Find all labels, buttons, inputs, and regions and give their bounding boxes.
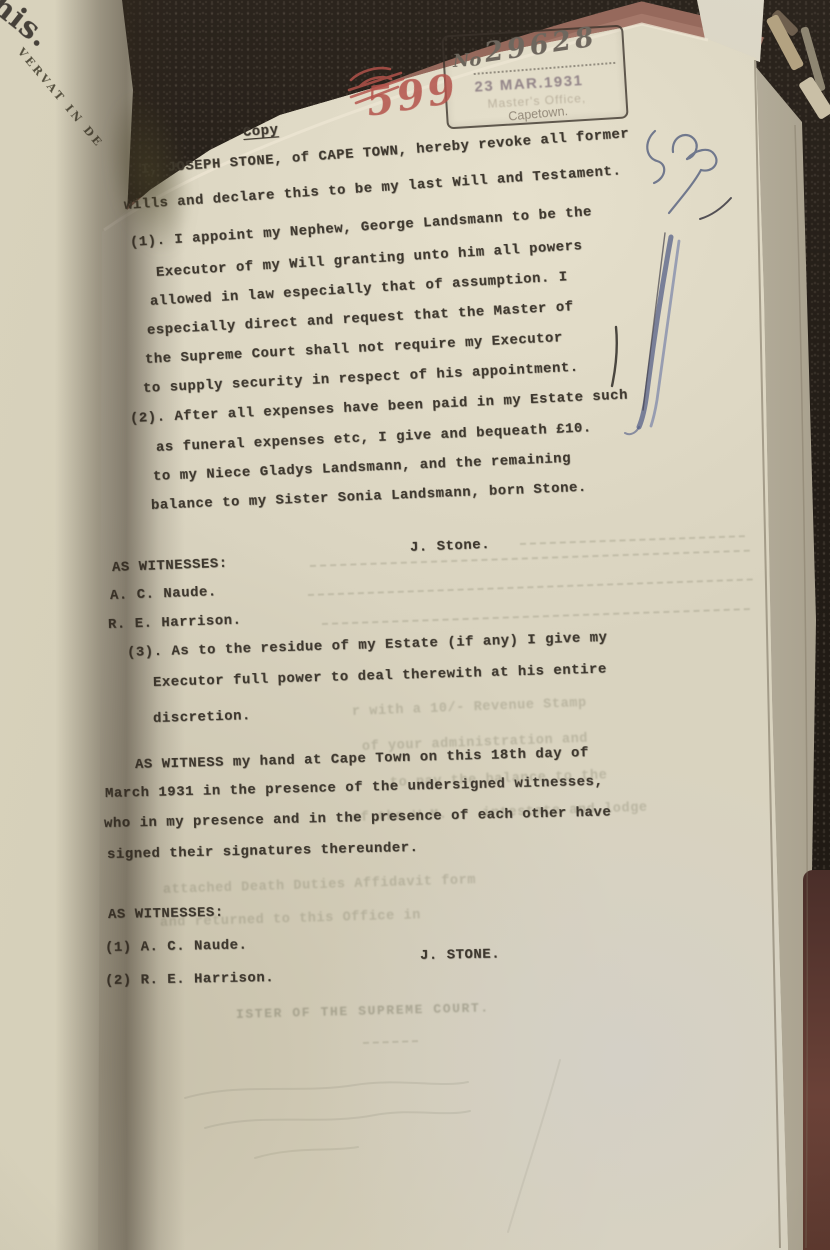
bleedthrough-line: of your administration and — [362, 733, 589, 755]
margin-pen-tick — [612, 327, 617, 386]
bleedthrough-dotted-rule — [363, 1040, 418, 1044]
dark-pen-hook — [700, 198, 731, 219]
blue-initials-scribble — [647, 131, 716, 213]
printed-heading-fragment: his. — [0, 0, 55, 53]
bleedthrough-dotted-rule — [310, 550, 750, 567]
bleedthrough-line: to pay the balance to the — [390, 769, 608, 790]
document-title: Copy — [242, 123, 279, 140]
ghost-handwriting — [185, 1060, 560, 1232]
typed-line: (3). As to the residue of my Estate (if … — [127, 631, 608, 661]
bleedthrough-dotted-rule — [520, 535, 745, 545]
bleedthrough-line: r with a 10/- Revenue Stamp — [352, 697, 587, 720]
typed-line: to my Niece Gladys Landsmann, and the re… — [153, 452, 572, 485]
typed-line: especially direct and request that the M… — [147, 300, 574, 339]
bleedthrough-line: of the W.M. intestate and lodge — [352, 802, 648, 826]
typed-line: I, JOSEPH STONE, of CAPE TOWN, hereby re… — [140, 127, 629, 178]
blue-pen-stroke — [625, 233, 679, 434]
bleedthrough-dotted-rule — [308, 578, 753, 596]
page-fold-line — [755, 60, 780, 1248]
typed-line: Executor of my Will granting unto him al… — [156, 239, 583, 280]
typed-line: allowed in law especially that of assump… — [150, 270, 569, 309]
typed-line: the Supreme Court shall not require my E… — [145, 331, 564, 368]
typed-line: as funeral expenses etc, I give and bequ… — [156, 421, 592, 455]
bleedthrough-dotted-rule — [322, 608, 750, 625]
typed-line: to supply security in respect of his app… — [143, 361, 579, 397]
binding-fragment — [798, 76, 830, 120]
archival-photo-of-will-page: his. VERVAT IN DE r with a 10/- Revenue … — [0, 0, 830, 1250]
typed-line: (2). After all expenses have been paid i… — [130, 389, 629, 427]
signature-j-stone: J. STONE. — [420, 947, 500, 963]
book-cover-edge — [803, 870, 830, 1250]
typed-line: AS WITNESS my hand at Cape Town on this … — [135, 746, 589, 773]
signature-j-stone: J. Stone. — [410, 538, 491, 556]
typed-line: balance to my Sister Sonia Landsmann, bo… — [151, 481, 587, 514]
stamp-number: 29628 — [483, 23, 600, 67]
bleedthrough-line: attached Death Duties Affidavit form — [163, 874, 477, 897]
registry-stamp: No 29628 23 MAR.1931 Master's Office, Ca… — [441, 25, 628, 130]
typed-line: wills and declare this to be my last Wil… — [123, 164, 621, 213]
stamp-no-label: No — [452, 51, 482, 71]
bleedthrough-line: and returned to this Office in — [160, 909, 421, 930]
bleedthrough-line: ISTER OF THE SUPREME COURT. — [236, 1001, 490, 1021]
typed-line: Executor full power to deal therewith at… — [153, 663, 607, 691]
